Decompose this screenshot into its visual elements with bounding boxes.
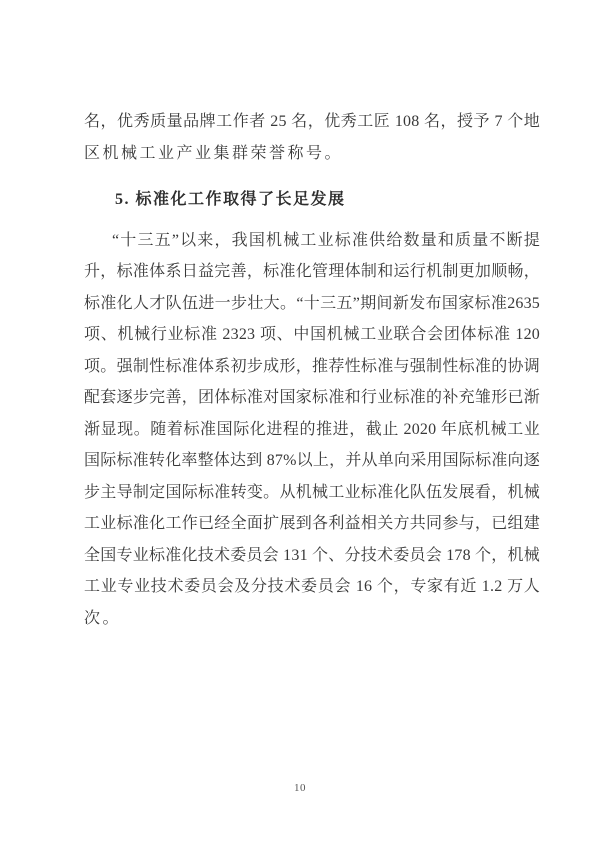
text-line: 渐显现。随着标准国际化进程的推进，截止 2020 年底机械工业 xyxy=(84,414,540,446)
text-line: 项、机械行业标准 2323 项、中国机械工业联合会团体标准 120 xyxy=(84,319,540,351)
text-line: 标准化人才队伍进一步壮大。“十三五”期间新发布国家标准2635 xyxy=(84,288,540,320)
text-line: 区机械工业产业集群荣誉称号。 xyxy=(84,138,540,170)
section-heading: 5. 标准化工作取得了长足发展 xyxy=(84,184,540,216)
text-line: 升，标准体系日益完善，标准化管理体制和运行机制更加顺畅， xyxy=(84,256,540,288)
text-line: 项。强制性标准体系初步成形，推荐性标准与强制性标准的协调 xyxy=(84,351,540,383)
text-line: 全国专业标准化技术委员会 131 个、分技术委员会 178 个，机械 xyxy=(84,540,540,572)
text-line: 配套逐步完善，团体标准对国家标准和行业标准的补充雏形已渐 xyxy=(84,382,540,414)
text-line: 工业专业技术委员会及分技术委员会 16 个，专家有近 1.2 万人 xyxy=(84,571,540,603)
text-line: 名，优秀质量品牌工作者 25 名，优秀工匠 108 名，授予 7 个地 xyxy=(84,106,540,138)
text-line: 工业标准化工作已经全面扩展到各利益相关方共同参与，已组建 xyxy=(84,508,540,540)
paragraph-continuation: 名，优秀质量品牌工作者 25 名，优秀工匠 108 名，授予 7 个地 区机械工… xyxy=(84,106,540,169)
page-number: 10 xyxy=(0,781,600,795)
document-page: 名，优秀质量品牌工作者 25 名，优秀工匠 108 名，授予 7 个地 区机械工… xyxy=(0,0,600,848)
text-line: 次。 xyxy=(84,603,540,635)
text-line: “十三五”以来，我国机械工业标准供给数量和质量不断提 xyxy=(84,225,540,257)
paragraph-standards: “十三五”以来，我国机械工业标准供给数量和质量不断提 升，标准体系日益完善，标准… xyxy=(84,225,540,635)
text-line: 国际标准转化率整体达到 87%以上，并从单向采用国际标准向逐 xyxy=(84,445,540,477)
text-content: 名，优秀质量品牌工作者 25 名，优秀工匠 108 名，授予 7 个地 区机械工… xyxy=(84,106,540,634)
text-line: 步主导制定国际标准转变。从机械工业标准化队伍发展看，机械 xyxy=(84,477,540,509)
